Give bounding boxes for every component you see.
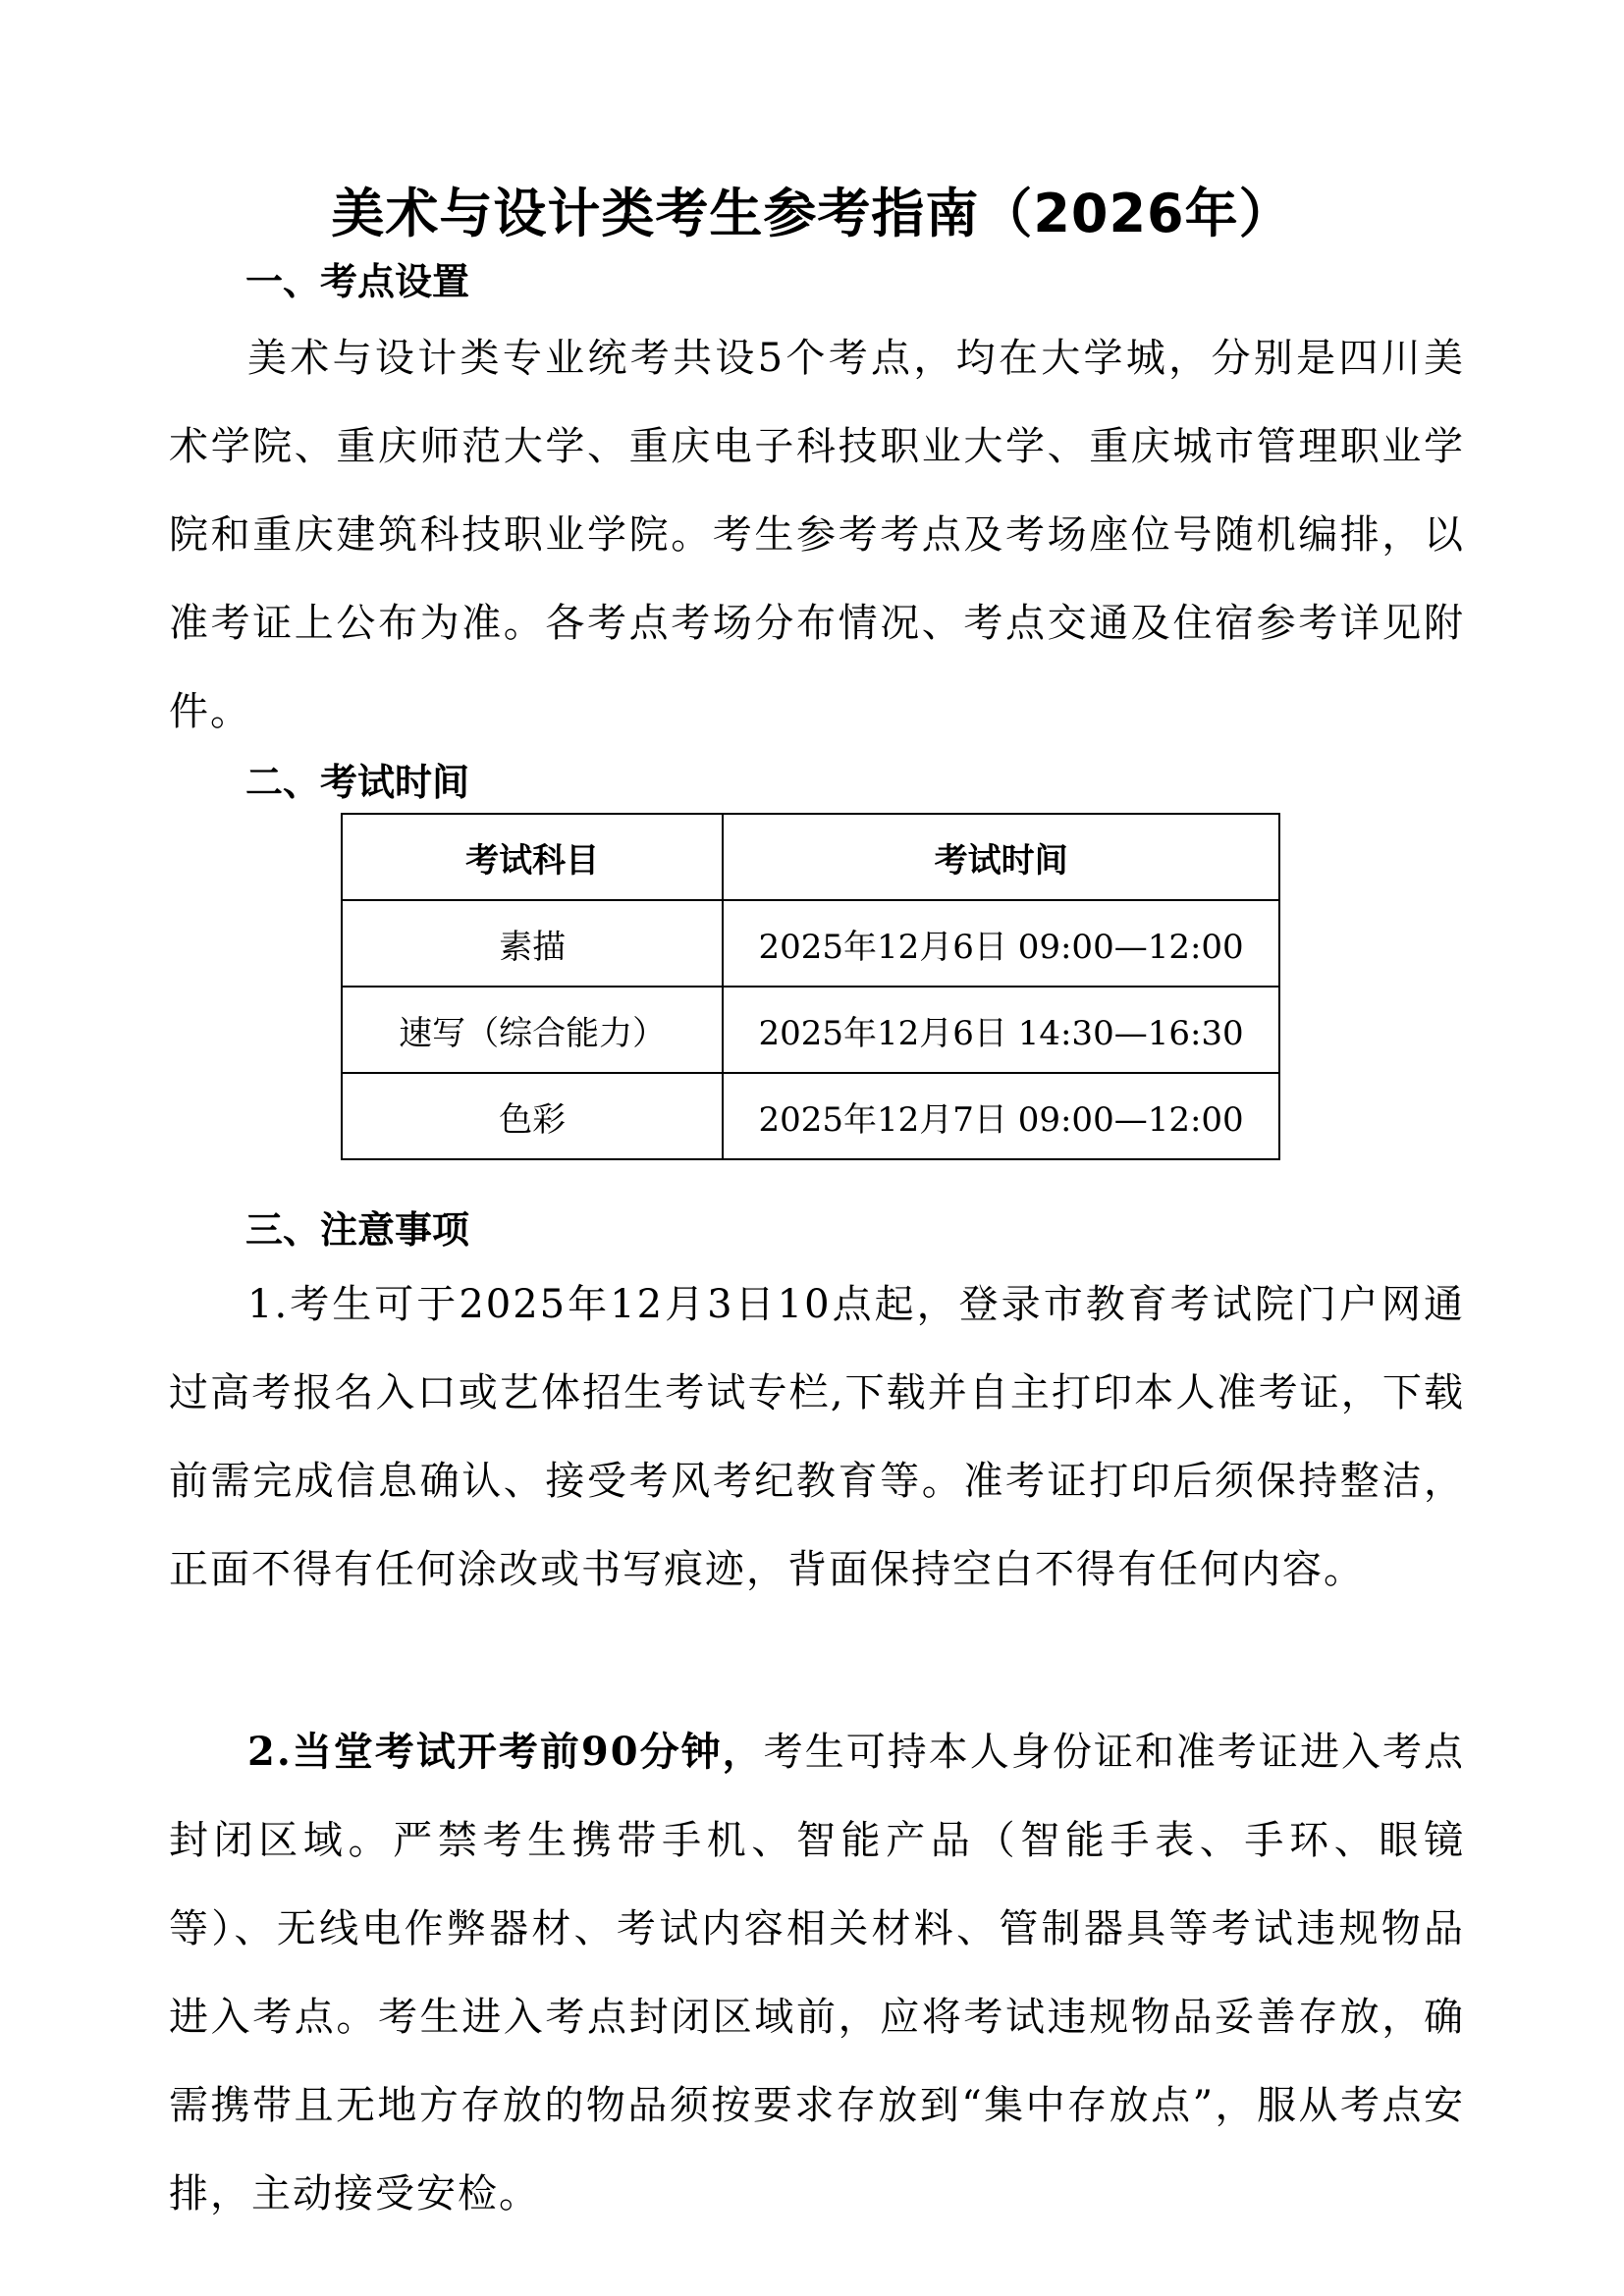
note-2-text: 考生可持本人身份证和准考证进入考点封闭区域。严禁考生携带手机、智能产品（智能手表… bbox=[169, 1730, 1465, 2216]
paragraph-note-1: 1.考生可于2025年12月3日10点起，登录市教育考试院门户网通过高考报名入口… bbox=[169, 1260, 1465, 1614]
cell-subject: 素描 bbox=[342, 900, 723, 987]
cell-time: 2025年12月7日 09:00—12:00 bbox=[723, 1073, 1279, 1159]
table-row: 素描 2025年12月6日 09:00—12:00 bbox=[342, 900, 1279, 987]
paragraph-exam-sites: 美术与设计类专业统考共设5个考点，均在大学城，分别是四川美术学院、重庆师范大学、… bbox=[169, 314, 1465, 756]
section-heading-notes: 三、注意事项 bbox=[245, 1205, 469, 1255]
cell-subject: 色彩 bbox=[342, 1073, 723, 1159]
cell-time: 2025年12月6日 14:30—16:30 bbox=[723, 987, 1279, 1073]
cell-time: 2025年12月6日 09:00—12:00 bbox=[723, 900, 1279, 987]
note-2-bold-lead: 2.当堂考试开考前90分钟， bbox=[247, 1729, 764, 1775]
document-title: 美术与设计类考生参考指南（2026年） bbox=[0, 175, 1624, 253]
column-header-subject: 考试科目 bbox=[342, 814, 723, 900]
section-heading-exam-sites: 一、考点设置 bbox=[245, 257, 469, 306]
section-heading-exam-time: 二、考试时间 bbox=[245, 758, 469, 807]
cell-subject: 速写（综合能力） bbox=[342, 987, 723, 1073]
table-row: 速写（综合能力） 2025年12月6日 14:30—16:30 bbox=[342, 987, 1279, 1073]
paragraph-note-2: 2.当堂考试开考前90分钟，考生可持本人身份证和准考证进入考点封闭区域。严禁考生… bbox=[169, 1708, 1465, 2238]
table-header-row: 考试科目 考试时间 bbox=[342, 814, 1279, 900]
column-header-time: 考试时间 bbox=[723, 814, 1279, 900]
document-page: 美术与设计类考生参考指南（2026年） 一、考点设置 美术与设计类专业统考共设5… bbox=[0, 0, 1624, 2296]
table-row: 色彩 2025年12月7日 09:00—12:00 bbox=[342, 1073, 1279, 1159]
exam-schedule-table: 考试科目 考试时间 素描 2025年12月6日 09:00—12:00 速写（综… bbox=[341, 813, 1280, 1160]
